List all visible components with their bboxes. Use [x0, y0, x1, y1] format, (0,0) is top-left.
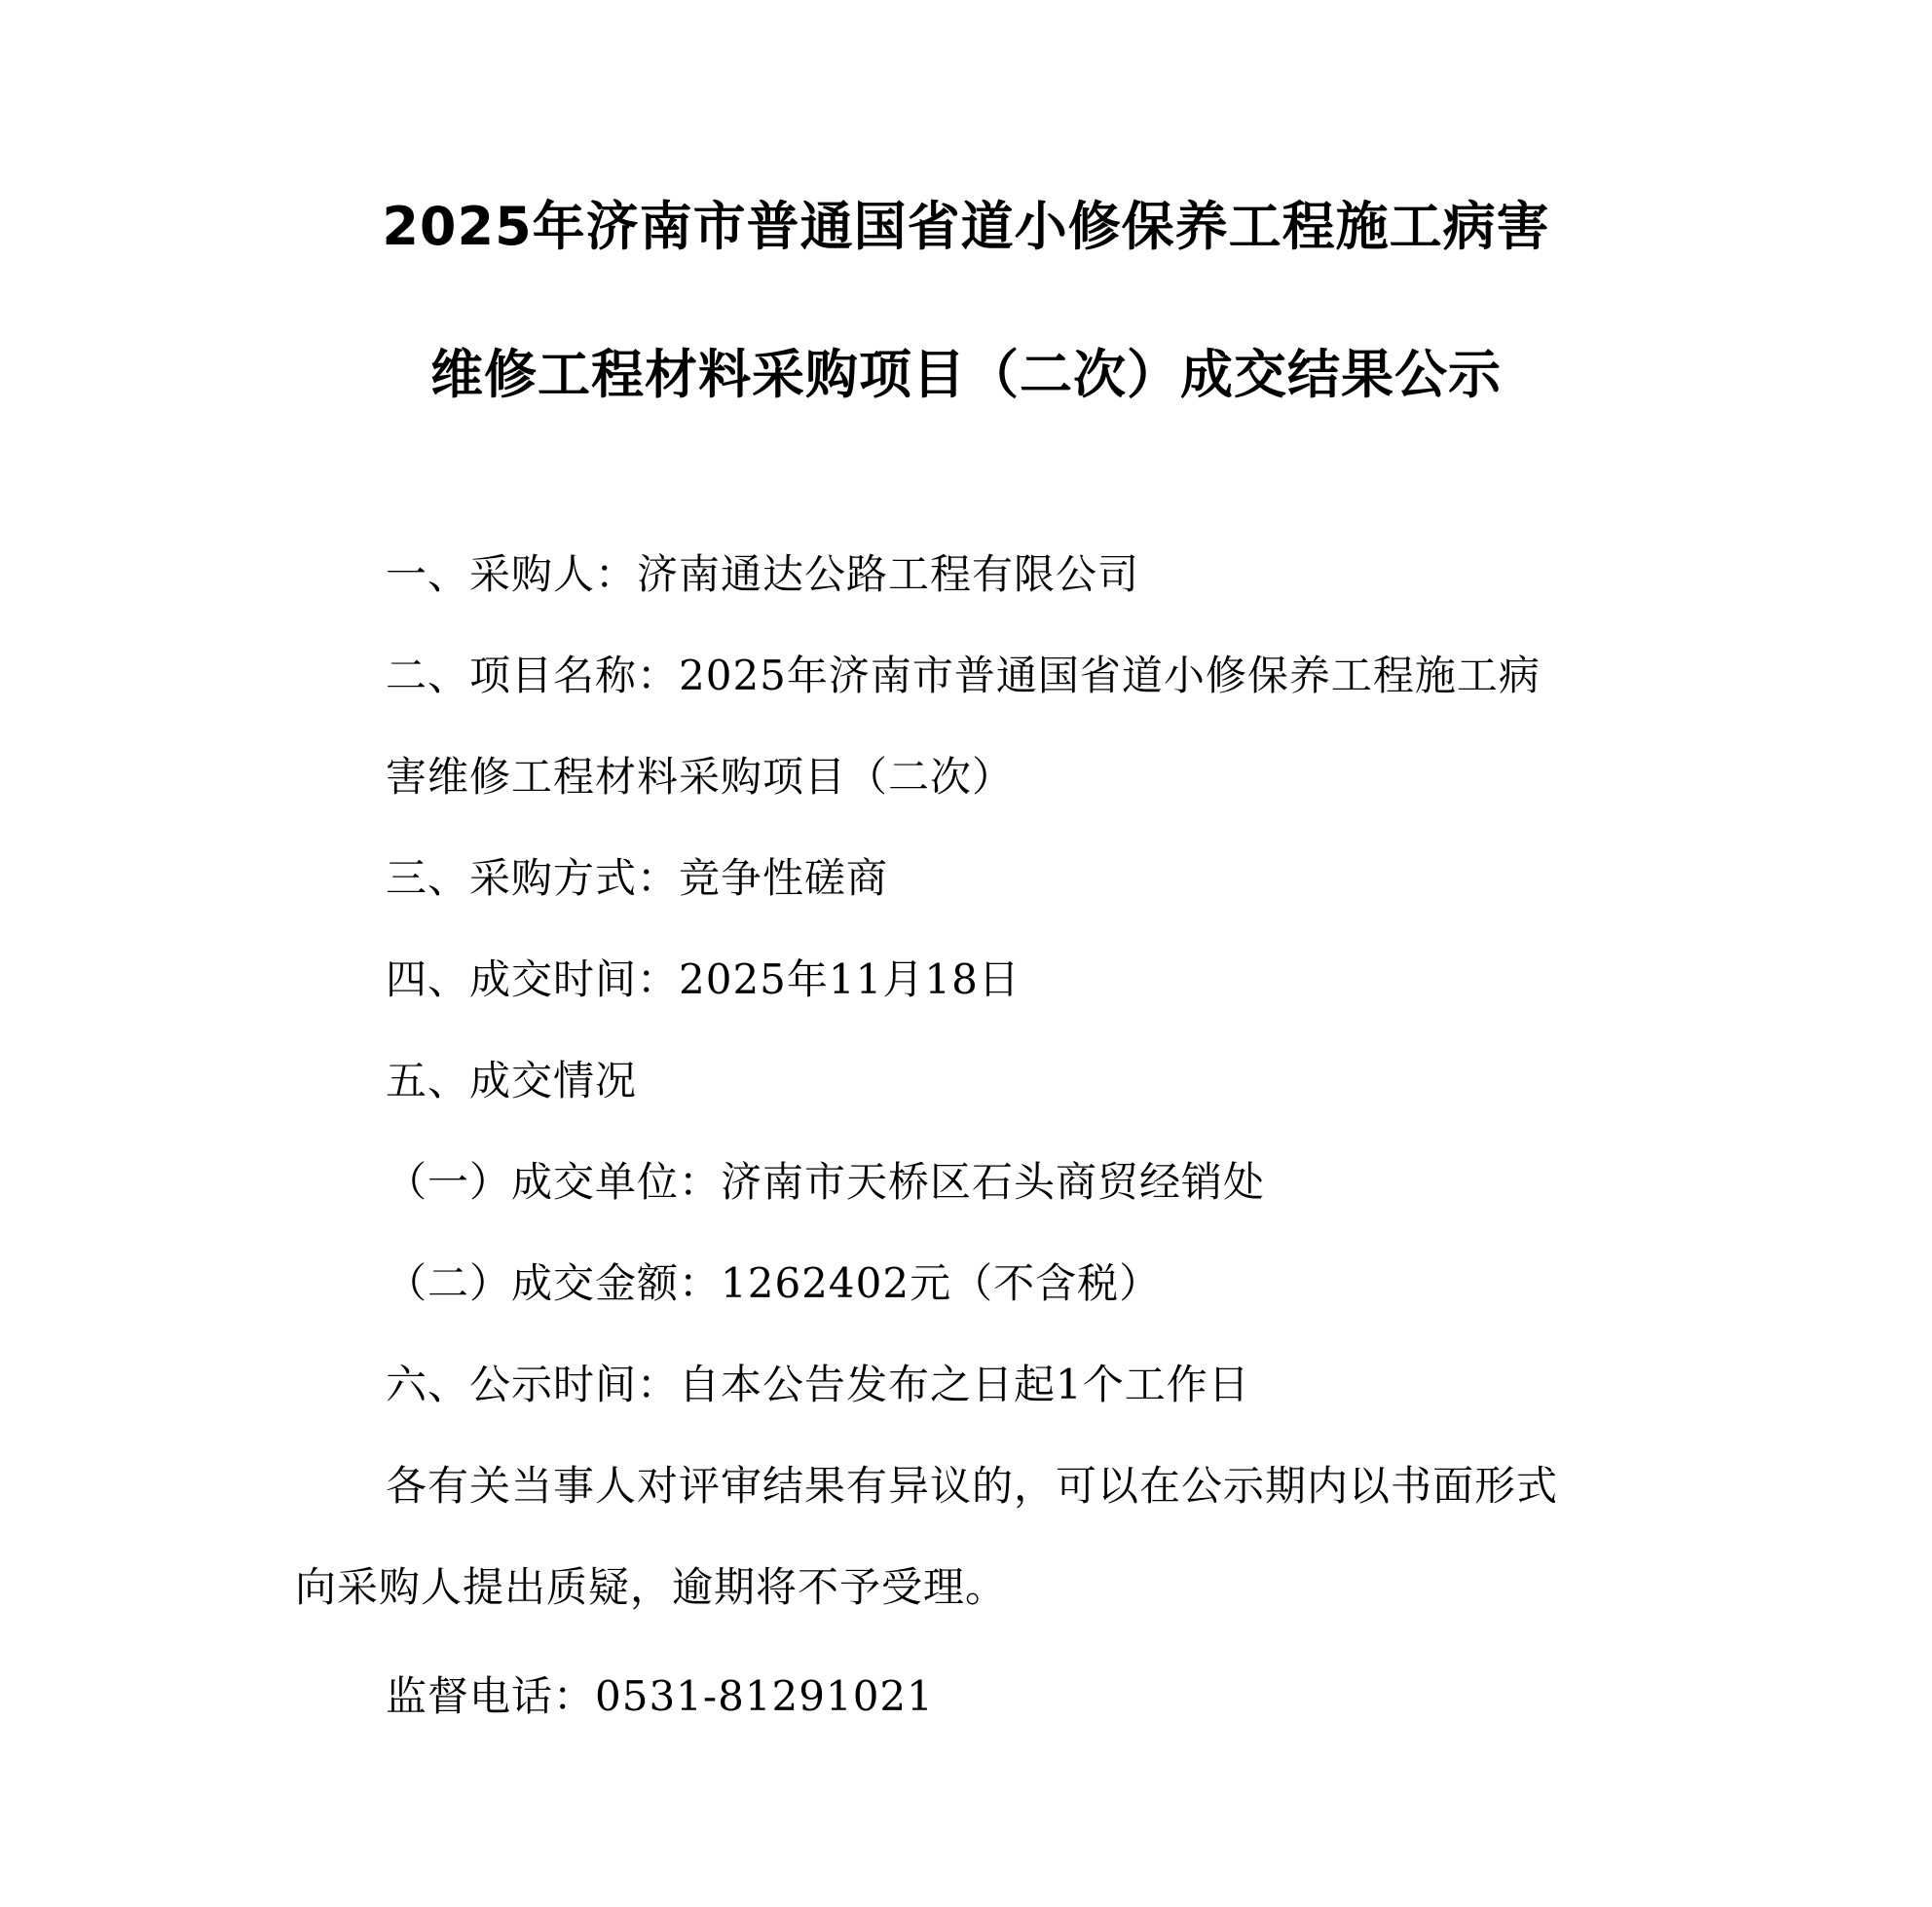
section-purchaser: 一、采购人：济南通达公路工程有限公司	[386, 545, 1139, 604]
purchaser-value: 济南通达公路工程有限公司	[637, 550, 1139, 598]
section-transaction-date: 四、成交时间：2025年11月18日	[386, 951, 1021, 1009]
publicity-period-value: 自本公告发布之日起1个工作日	[679, 1361, 1250, 1408]
section-label: 三、采购方式：	[386, 854, 679, 902]
section-winning-bidder: （一）成交单位：济南市天桥区石头商贸经销处	[386, 1153, 1265, 1212]
section-label: （一）成交单位：	[386, 1158, 721, 1206]
transaction-date-value: 2025年11月18日	[679, 955, 1021, 1003]
document-title-line-2: 维修工程材料采购项目（二次）成交结果公示	[0, 341, 1932, 409]
procurement-method-value: 竞争性磋商	[679, 854, 888, 902]
section-project-name: 二、项目名称：2025年济南市普通国省道小修保养工程施工病	[386, 647, 1541, 705]
supervision-phone: 监督电话：0531-81291021	[386, 1667, 934, 1726]
project-name-value-line-2: 害维修工程材料采购项目（二次）	[386, 748, 1014, 806]
section-label: 一、采购人：	[386, 550, 637, 598]
supervision-label: 监督电话：	[386, 1672, 595, 1720]
section-label: （二）成交金额：	[386, 1259, 721, 1307]
document-page: 2025年济南市普通国省道小修保养工程施工病害 维修工程材料采购项目（二次）成交…	[0, 0, 1932, 1907]
supervision-phone-value: 0531-81291021	[595, 1672, 934, 1720]
project-name-value-line-1: 2025年济南市普通国省道小修保养工程施工病	[679, 652, 1541, 699]
section-transaction-status: 五、成交情况	[386, 1052, 637, 1110]
winning-bidder-value: 济南市天桥区石头商贸经销处	[721, 1158, 1265, 1206]
section-label: 四、成交时间：	[386, 955, 679, 1003]
objection-notice-line-2: 向采购人提出质疑，逾期将不予受理。	[295, 1558, 1007, 1617]
transaction-amount-value: 1262402元（不含税）	[721, 1259, 1161, 1307]
document-title-line-1: 2025年济南市普通国省道小修保养工程施工病害	[0, 193, 1932, 261]
section-transaction-amount: （二）成交金额：1262402元（不含税）	[386, 1254, 1161, 1313]
section-publicity-period: 六、公示时间：自本公告发布之日起1个工作日	[386, 1356, 1250, 1414]
section-label: 二、项目名称：	[386, 652, 679, 699]
section-procurement-method: 三、采购方式：竞争性磋商	[386, 849, 888, 908]
section-label: 六、公示时间：	[386, 1361, 679, 1408]
objection-notice-line-1: 各有关当事人对评审结果有异议的，可以在公示期内以书面形式	[386, 1457, 1558, 1515]
